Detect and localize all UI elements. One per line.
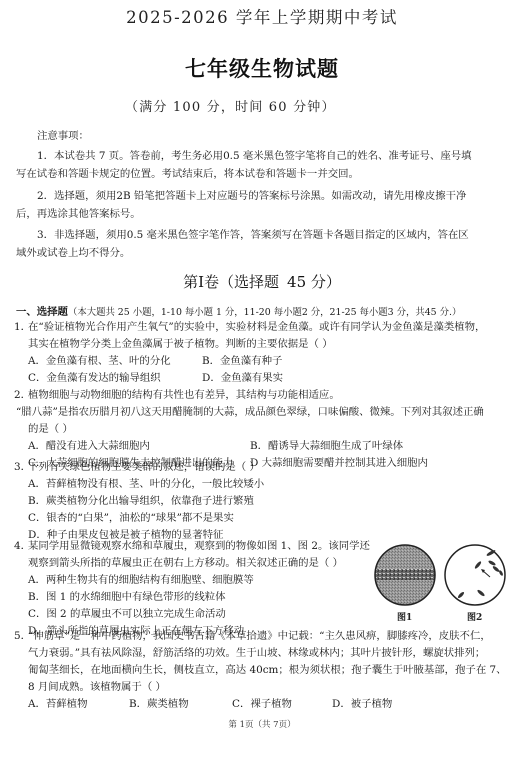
score-time-info: （满分 100 分，时间 60 分钟） [125,96,336,115]
notice-item-3-line2: 域外或试卷上均不得分。 [16,247,130,260]
section-title: 第Ⅰ卷（选择题45 分） [0,271,524,292]
notice-item-1-line1: 1．本试卷共 7 页。答卷前，考生务必用0.5 毫米黑色签字笔将自己的姓名、准考… [37,150,472,163]
option-a: A．醋没有进入大蒜细胞内 [28,440,150,453]
paramecium-micrograph-icon [443,543,507,607]
option-d: D．被子植物 [332,698,392,711]
question-stem: 的是（ ） [28,423,73,436]
figure-2-paramecium [443,543,507,607]
question-stem: 观察到箭头所指的草履虫正在朝右上方移动。相关叙述正确的是（ ） [28,557,343,570]
option-b: B．金鱼藻有种子 [202,355,282,368]
question-stem: 某同学用显微镜观察水绵和草履虫，观察到的物像如图 1、图 2。该同学还 [28,540,370,553]
notice-item-3-line1: 3．非选择题，须用0.5 毫米黑色签字笔作答，答案须写在答题卡各题目指定的区域内… [37,229,469,242]
notice-item-2-line2: 后，再选涂其他答案标号。 [16,208,141,221]
figure-2-caption: 图2 [467,610,482,623]
part-description: （本大题共 25 小题，1-10 每小题 1 分，11-20 每小题2 分，21… [68,307,461,318]
question-stem: 植物细胞与动物细胞的结构有共性也有差异，其结构与功能相适应。 [28,389,340,402]
exam-title: 2025-2026 学年上学期期中考试 [0,4,524,28]
notice-item-1-line2: 写在试卷和答题卡规定的位置。考试结束后，将本试卷和答题卡一并交回。 [16,168,359,181]
notice-item-2-line1: 2．选择题，须用2B 铅笔把答题卡上对应题号的答案标号涂黑。如需改动，请先用橡皮… [37,190,466,203]
notice-heading: 注意事项： [37,130,89,143]
option-a: A．金鱼藻有根、茎、叶的分化 [28,355,171,368]
question-stem: “腊八蒜”是指农历腊月初八这天用醋腌制的大蒜，成品颜色翠绿，口味偏酸、微辣。下列… [16,406,484,419]
spirogyra-micrograph-icon [373,543,437,607]
option-b: B．蕨类植物分化出输导组织，依靠孢子进行繁殖 [28,495,254,508]
question-stem: 其实在植物学分类上金鱼藻属于被子植物。判断的主要依据是（ ） [28,338,333,351]
figure-1-spirogyra [373,543,437,607]
option-b: B．图 1 的水绵细胞中有绿色带形的线粒体 [28,591,226,604]
option-c: C．裸子植物 [232,698,292,711]
page-number: 第 1页（共 7页） [0,718,524,730]
part-label: 一、选择题 [16,306,68,318]
option-a: A．两种生物共有的细胞结构有细胞壁、细胞膜等 [28,574,254,587]
option-b: B．醋诱导大蒜细胞生成了叶绿体 [250,440,403,453]
figure-1-caption: 图1 [397,610,412,623]
subject-title: 七年级生物试题 [0,53,524,83]
section-title-score: 45 分） [287,273,341,291]
option-a: A．苔藓植物 [28,698,87,711]
option-d: D 大蒜细胞需要醋并控制其进入细胞内 [250,457,428,470]
question-stem: 8 月间成熟。该植物属于（ ） [28,681,166,694]
question-stem: 下列有关绿色植物主要类群的叙述，错误的是（ ） [28,461,260,474]
part-heading: 一、选择题（本大题共 25 小题，1-10 每小题 1 分，11-20 每小题2… [16,306,461,319]
option-d: D．金鱼藻有果实 [202,372,283,385]
question-stem: 气力衰弱。”具有祛风除湿，舒筋活络的功效。生于山坡、林缘或林内；其叶片披针形，螺… [28,647,485,660]
option-c: C．金鱼藻有发达的输导组织 [28,372,161,385]
question-stem: 在“验证植物光合作用产生氧气”的实验中，实验材料是金鱼藻。或许有同学认为金鱼藻是… [28,321,485,334]
section-title-label: 第Ⅰ卷（选择题 [183,273,279,291]
option-a: A．苔藓植物没有根、茎、叶的分化，一般比较矮小 [28,478,264,491]
option-c: C．图 2 的草履虫不可以独立完成生命活动 [28,608,226,621]
option-b: B．蕨类植物 [129,698,189,711]
question-stem: 匍匐茎细长，在地面横向生长，侧枝直立，高达 40cm；根为须状根；孢子囊生于叶腋… [28,664,507,677]
question-stem: “伸筋草”是一种中药植物，我国史书古籍《本草拾遗》中记载：“主久患风痹，脚膝疼冷… [28,630,491,643]
option-c: C．银杏的“白果”，油松的“球果”都不是果实 [28,512,234,525]
